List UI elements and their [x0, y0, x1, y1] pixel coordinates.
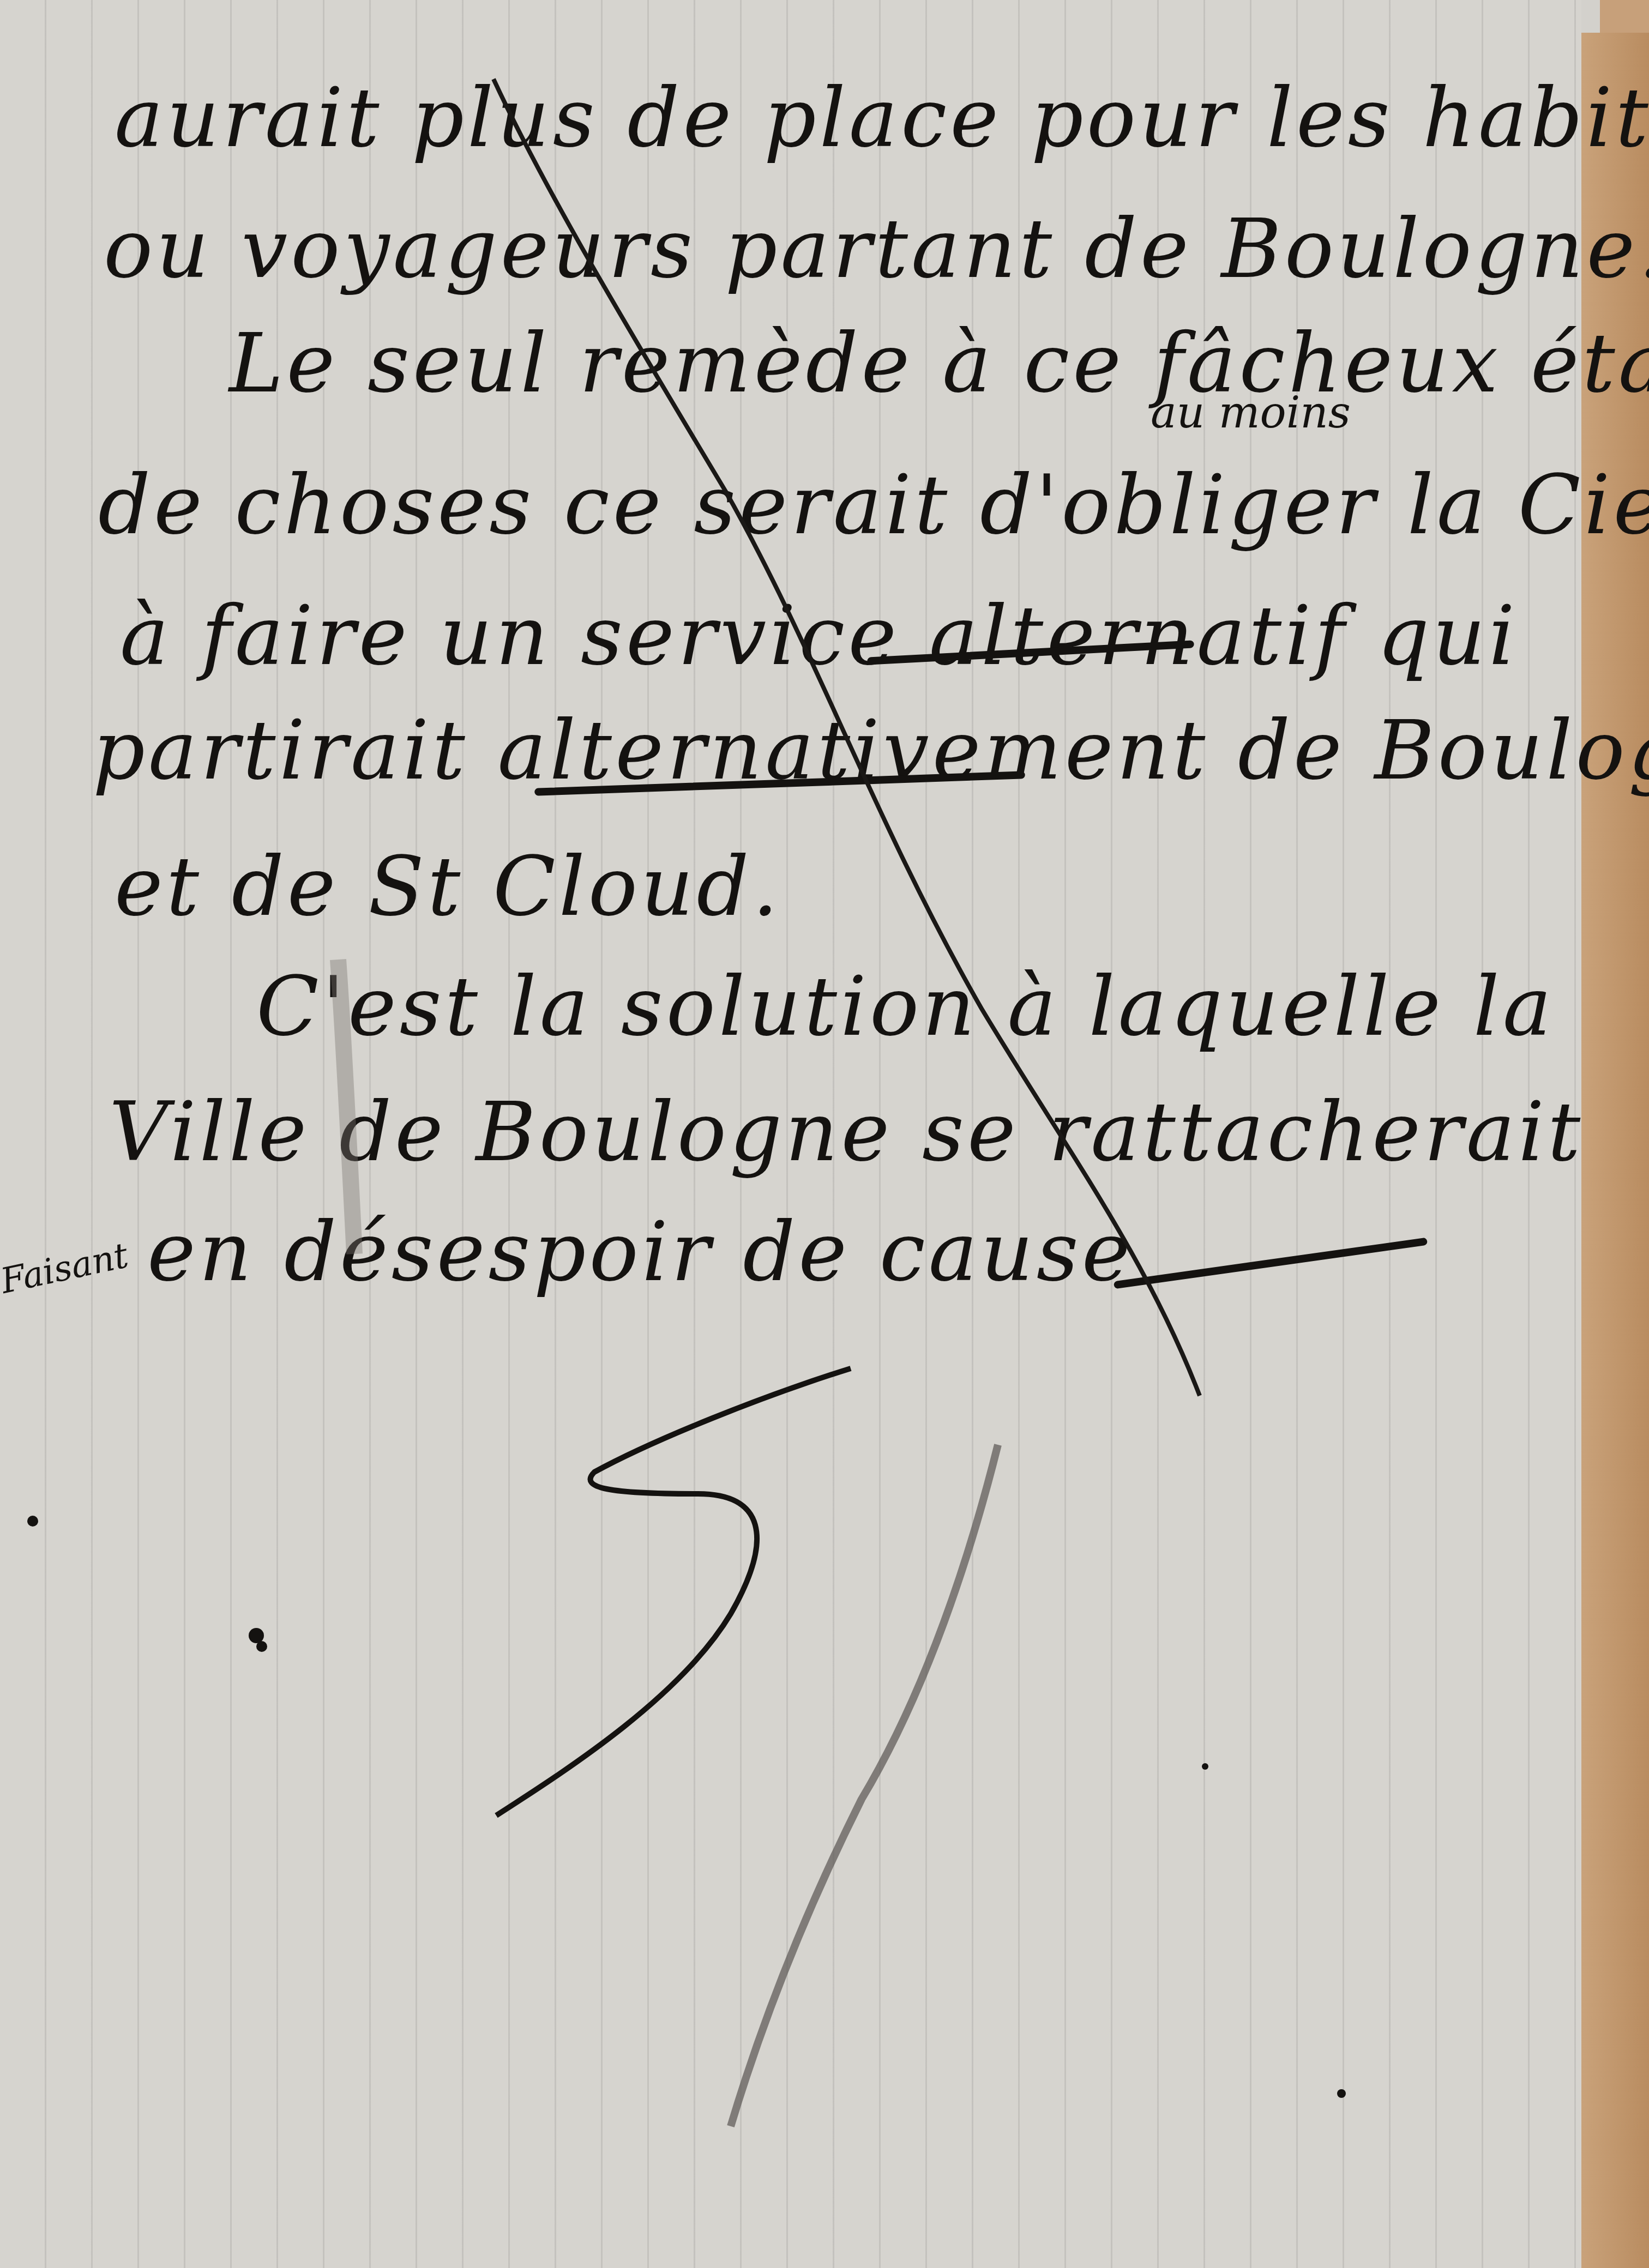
ink-spot [1202, 1763, 1208, 1770]
ink-marks [0, 0, 1649, 2268]
ink-stain-streak [731, 1445, 998, 2126]
ink-spot [249, 1628, 264, 1643]
ink-stain-smudge [338, 960, 354, 1254]
ink-spot [27, 1516, 38, 1527]
ink-spot [1337, 2089, 1346, 2098]
end-flourish-icon [496, 1368, 851, 1815]
cancellation-stroke [494, 79, 1200, 1396]
ink-spot [256, 1641, 267, 1652]
